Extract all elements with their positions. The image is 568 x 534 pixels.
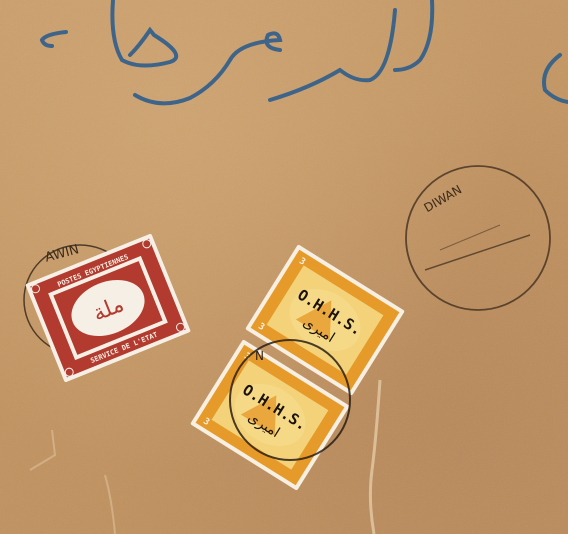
- svg-text:N: N: [255, 349, 264, 363]
- postal-cover: AWIN ملة POSTES EGYPTIENNES SERVICE DE L…: [0, 0, 568, 534]
- cover-artwork: AWIN ملة POSTES EGYPTIENNES SERVICE DE L…: [0, 0, 568, 534]
